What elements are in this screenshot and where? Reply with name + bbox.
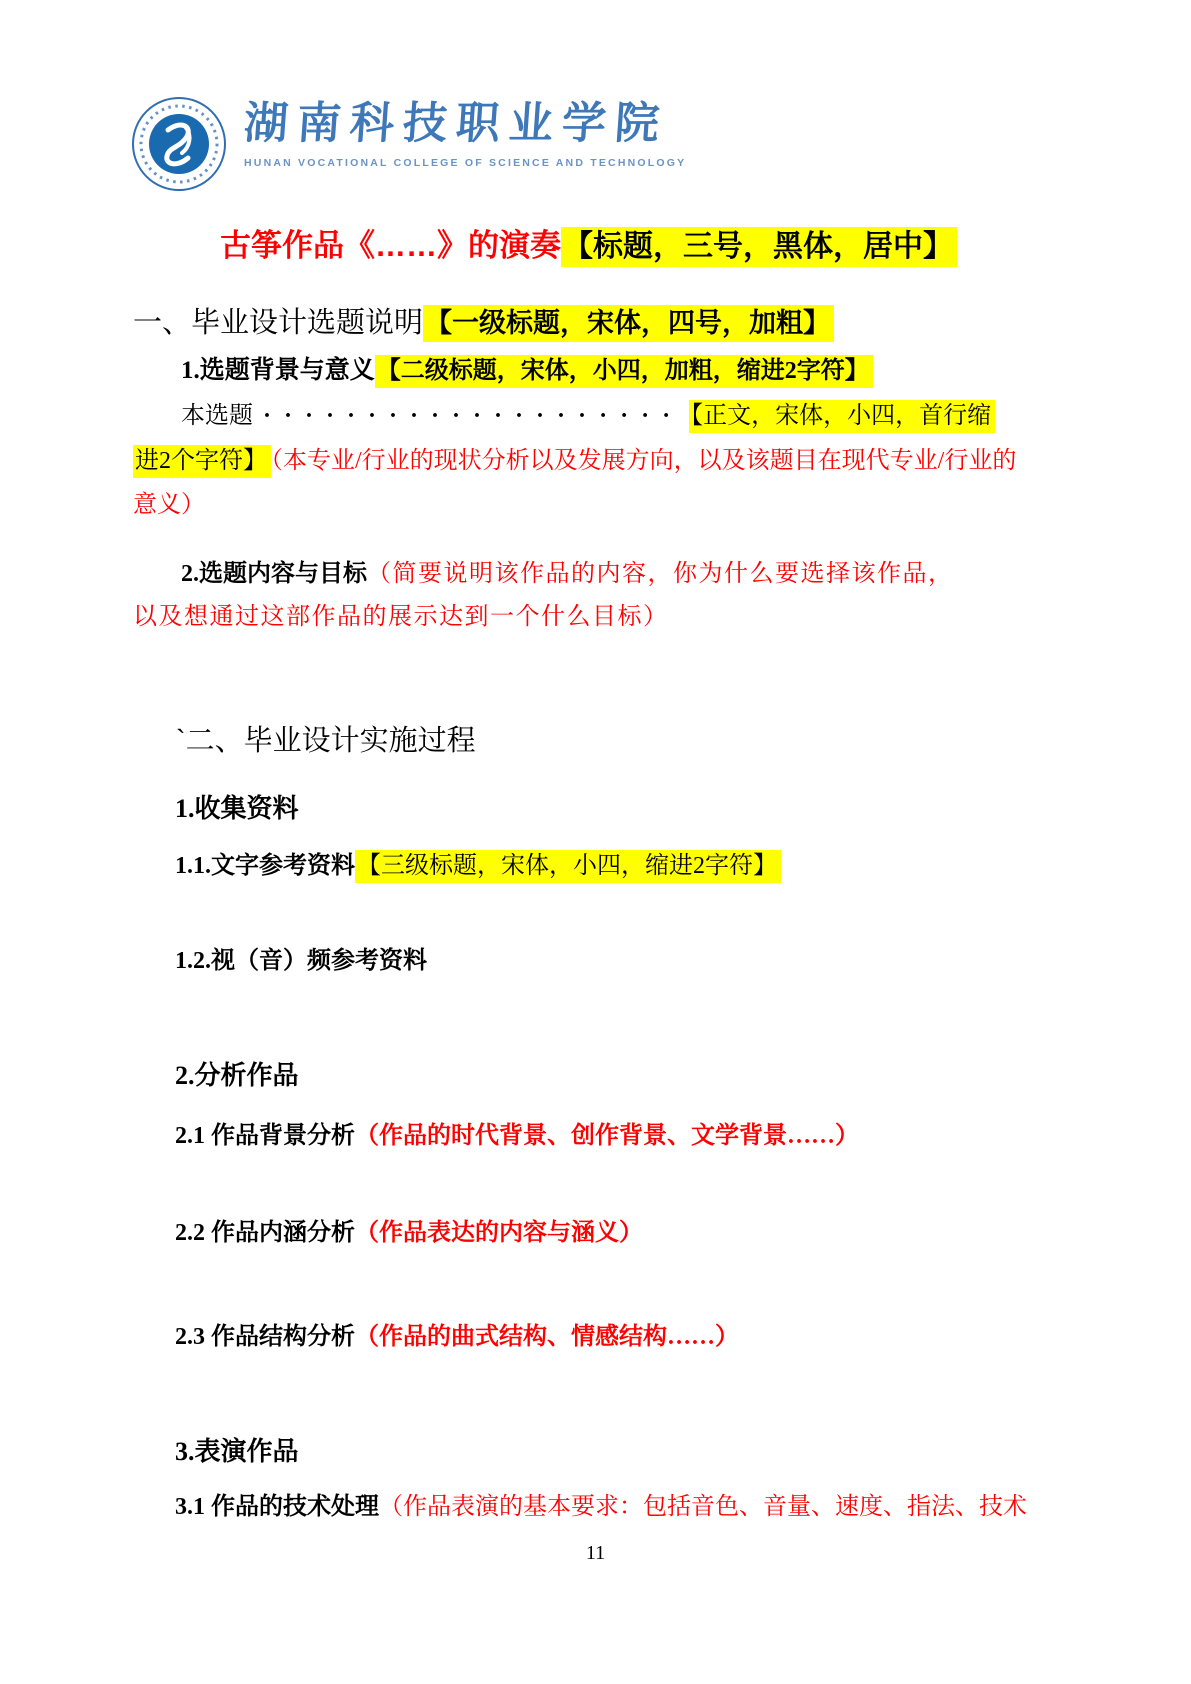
heading-2-perform-work: 3.表演作品 xyxy=(175,1431,299,1468)
body-lead-text: 本选题 xyxy=(181,403,253,429)
background-analysis-red-note: （作品的时代背景、创作背景、文学背景……） xyxy=(355,1123,859,1149)
heading-1-implementation: `二、毕业设计实施过程 xyxy=(176,718,476,759)
content-goal-red-note-line2: 以及想通过这部作品的展示达到一个什么目标） xyxy=(133,604,669,630)
college-name-block: 湖南科技职业学院 HUNAN VOCATIONAL COLLEGE OF SCI… xyxy=(244,95,686,169)
heading-3-format-annotation: 【三级标题，宋体，小四，缩进2字符】 xyxy=(355,850,781,883)
heading-3-connotation-analysis-text: 2.2 作品内涵分析 xyxy=(175,1220,355,1246)
connotation-analysis-red-note: （作品表达的内容与涵义） xyxy=(355,1220,643,1246)
body-format-annotation-part2: 进2个字符】 xyxy=(133,445,271,478)
heading-3-background-analysis: 2.1 作品背景分析（作品的时代背景、创作背景、文学背景……） xyxy=(175,1115,859,1150)
body-placeholder-dots: ···················· xyxy=(253,403,689,429)
content-goal-red-note-line1: （简要说明该作品的内容，你为什么要选择该作品， xyxy=(367,561,954,587)
heading-2-analyze-work-text: 2.分析作品 xyxy=(175,1061,299,1090)
page-number: 11 xyxy=(0,1542,1191,1565)
heading-2-analyze-work: 2.分析作品 xyxy=(175,1055,299,1092)
heading-3-text-references-text: 1.1.文字参考资料 xyxy=(175,853,355,879)
heading-1-implementation-text: `二、毕业设计实施过程 xyxy=(176,725,476,757)
body-red-note-line2: 意义） xyxy=(133,492,205,518)
college-emblem-icon xyxy=(128,95,230,193)
heading-2-content-goal-line2: 以及想通过这部作品的展示达到一个什么目标） xyxy=(133,596,669,631)
heading-3-background-analysis-text: 2.1 作品背景分析 xyxy=(175,1123,355,1149)
body-paragraph-line-1: 本选题····················【正文，宋体，小四，首行缩 xyxy=(181,395,995,430)
document-page: 湖南科技职业学院 HUNAN VOCATIONAL COLLEGE OF SCI… xyxy=(0,0,1191,1684)
technical-processing-red-note: （作品表演的基本要求：包括音色、音量、速度、指法、技术 xyxy=(379,1494,1027,1520)
heading-2-content-goal-text: 2.选题内容与目标 xyxy=(181,561,367,587)
heading-1-topic-description: 一、毕业设计选题说明【一级标题，宋体，四号，加粗】 xyxy=(133,300,834,341)
heading-2-collect-materials: 1.收集资料 xyxy=(175,788,299,825)
document-title: 古筝作品《……》的演奏 xyxy=(220,228,561,263)
heading-2-content-goal-line1: 2.选题内容与目标（简要说明该作品的内容，你为什么要选择该作品， xyxy=(181,553,954,588)
college-logo: 湖南科技职业学院 HUNAN VOCATIONAL COLLEGE OF SCI… xyxy=(128,95,686,193)
document-title-line: 古筝作品《……》的演奏【标题，三号，黑体，居中】 xyxy=(220,220,957,265)
heading-2-background: 1.选题背景与意义【二级标题，宋体，小四，加粗，缩进2字符】 xyxy=(181,350,873,386)
heading-1-text: 一、毕业设计选题说明 xyxy=(133,307,423,339)
heading-3-structure-analysis-text: 2.3 作品结构分析 xyxy=(175,1324,355,1350)
title-format-annotation: 【标题，三号，黑体，居中】 xyxy=(561,227,957,267)
heading-3-structure-analysis: 2.3 作品结构分析（作品的曲式结构、情感结构……） xyxy=(175,1316,739,1351)
college-name-en: HUNAN VOCATIONAL COLLEGE OF SCIENCE AND … xyxy=(244,157,686,169)
body-red-note-line1: （本专业/行业的现状分析以及发展方向，以及该题目在现代专业/行业的 xyxy=(271,448,1016,474)
college-name-cn: 湖南科技职业学院 xyxy=(242,95,688,153)
heading-1-format-annotation: 【一级标题，宋体，四号，加粗】 xyxy=(423,305,834,342)
heading-2-perform-work-text: 3.表演作品 xyxy=(175,1437,299,1466)
heading-2-collect-materials-text: 1.收集资料 xyxy=(175,794,299,823)
body-paragraph-line-2: 进2个字符】（本专业/行业的现状分析以及发展方向，以及该题目在现代专业/行业的 xyxy=(133,440,1016,475)
heading-3-av-references: 1.2.视（音）频参考资料 xyxy=(175,940,427,975)
heading-3-av-references-text: 1.2.视（音）频参考资料 xyxy=(175,948,427,974)
heading-3-technical-processing: 3.1 作品的技术处理（作品表演的基本要求：包括音色、音量、速度、指法、技术 xyxy=(175,1486,1027,1521)
body-format-annotation-part1: 【正文，宋体，小四，首行缩 xyxy=(689,400,995,433)
heading-3-connotation-analysis: 2.2 作品内涵分析（作品表达的内容与涵义） xyxy=(175,1212,643,1247)
heading-2-background-text: 1.选题背景与意义 xyxy=(181,357,375,384)
structure-analysis-red-note: （作品的曲式结构、情感结构……） xyxy=(355,1324,739,1350)
heading-3-text-references: 1.1.文字参考资料【三级标题，宋体，小四，缩进2字符】 xyxy=(175,845,781,880)
body-paragraph-line-3: 意义） xyxy=(133,484,205,519)
heading-3-technical-processing-text: 3.1 作品的技术处理 xyxy=(175,1494,379,1520)
heading-2-format-annotation: 【二级标题，宋体，小四，加粗，缩进2字符】 xyxy=(375,355,873,388)
